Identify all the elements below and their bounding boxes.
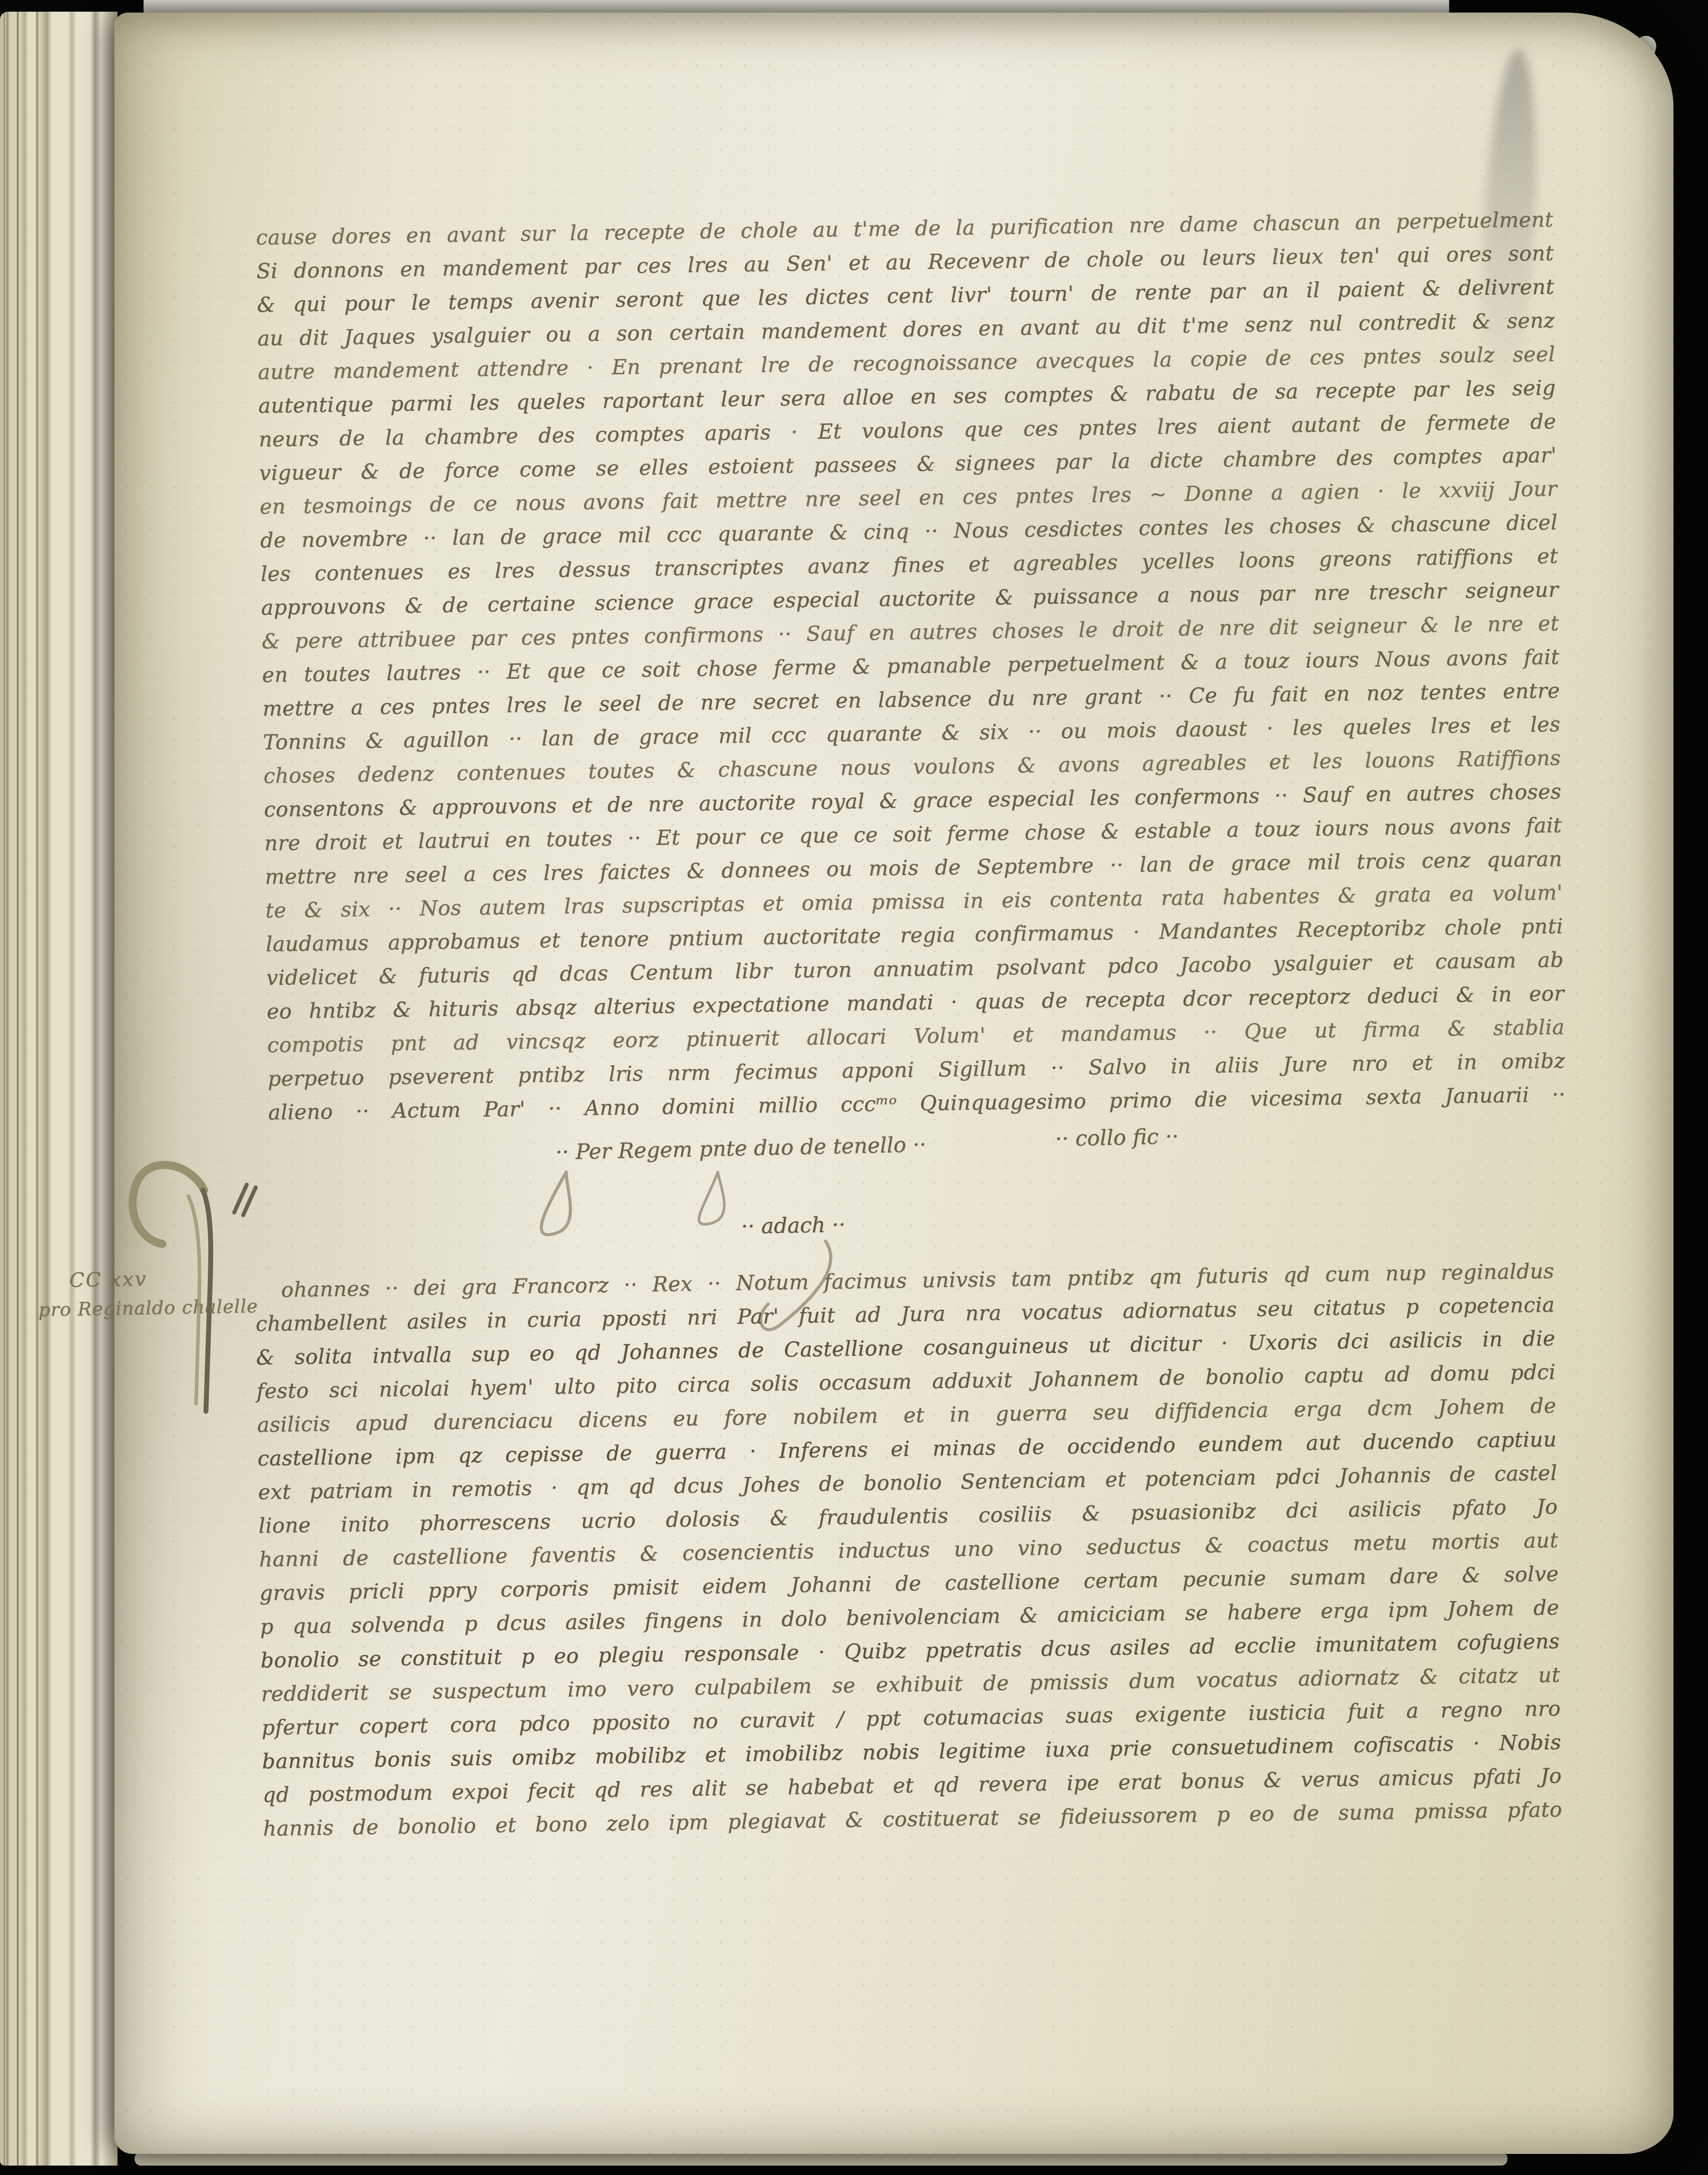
binding-gutter-page-edges bbox=[0, 12, 118, 2166]
manuscript-photo: cause dores en avant sur la recepte de c… bbox=[0, 0, 1708, 2175]
margin-note-text: pro Reginaldo chalelle bbox=[38, 1291, 249, 1326]
marginal-annotation: CC xxv pro Reginaldo chalelle bbox=[38, 1265, 249, 1326]
underlying-leaf-bottom-edge bbox=[135, 2152, 1507, 2166]
chancery-subscription-right: ·· collo fic ·· bbox=[1055, 1124, 1179, 1151]
entry-heading-word: ·· adach ·· bbox=[741, 1212, 846, 1239]
charter-entry-2-text-block: ohannes ·· dei gra Francorz ·· Rex ·· No… bbox=[255, 1254, 1563, 1846]
charter-entry-1-text-block: cause dores en avant sur la recepte de c… bbox=[256, 203, 1566, 1129]
margin-folio-number: CC xxv bbox=[38, 1265, 249, 1294]
